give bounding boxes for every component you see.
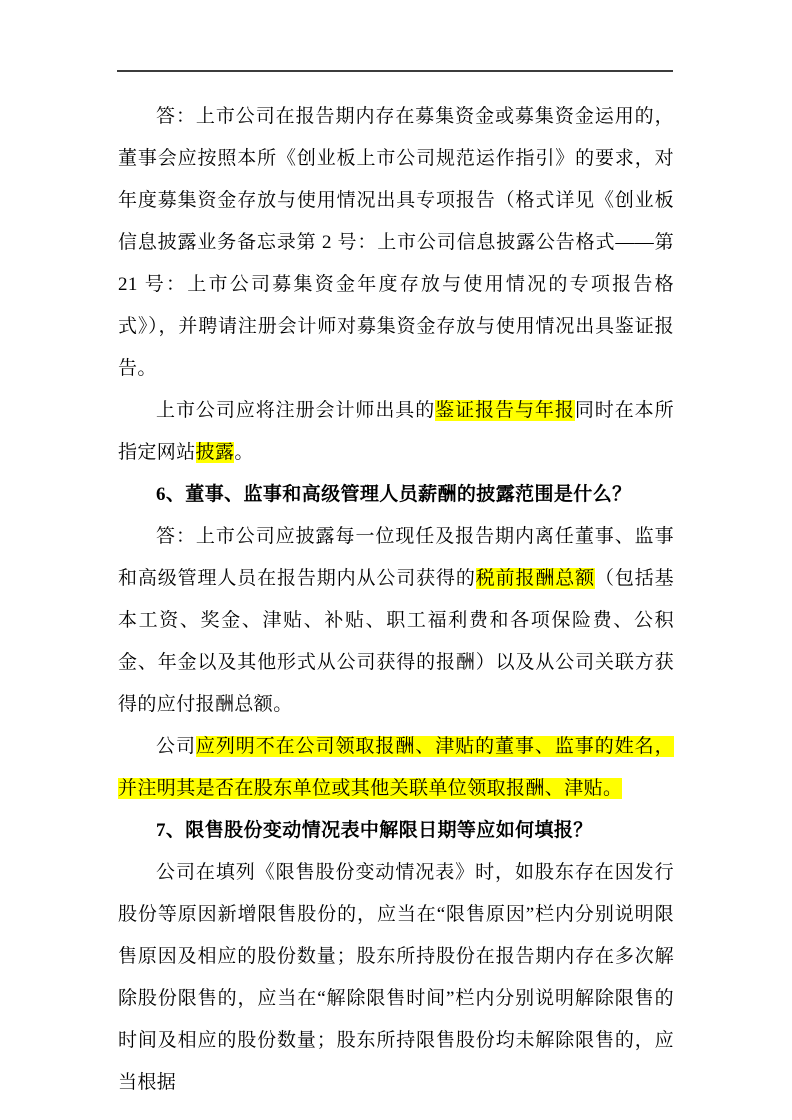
text-run: 7、限售股份变动情况表中解限日期等应如何填报？ [156,820,593,841]
text-run: 公司 [156,736,196,757]
paragraph: 上市公司应将注册会计师出具的鉴证报告与年报同时在本所指定网站披露。 [118,390,674,474]
paragraph: 公司应列明不在公司领取报酬、津贴的董事、监事的姓名，并注明其是否在股东单位或其他… [118,726,674,810]
document-content: 答：上市公司在报告期内存在募集资金或募集资金运用的，董事会应按照本所《创业板上市… [118,96,674,1104]
text-run: 6、董事、监事和高级管理人员薪酬的披露范围是什么？ [156,484,632,505]
document-page: 答：上市公司在报告期内存在募集资金或募集资金运用的，董事会应按照本所《创业板上市… [0,0,792,1120]
question-heading: 6、董事、监事和高级管理人员薪酬的披露范围是什么？ [118,474,674,516]
text-run: （包括基本工资、奖金、津贴、补贴、职工福利费和各项保险费、公积金、年金以及其他形… [118,568,674,715]
header-rule [117,70,673,72]
text-run: 。 [234,442,253,463]
question-heading: 7、限售股份变动情况表中解限日期等应如何填报？ [118,810,674,852]
text-run: 答：上市公司在报告期内存在募集资金或募集资金运用的，董事会应按照本所《创业板上市… [118,106,674,379]
text-run: 公司在填列《限售股份变动情况表》时，如股东存在因发行股份等原因新增限售股份的，应… [118,862,674,1093]
highlighted-text: 税前报酬总额 [476,568,595,589]
paragraph: 答：上市公司在报告期内存在募集资金或募集资金运用的，董事会应按照本所《创业板上市… [118,96,674,390]
highlighted-text: 披露 [196,442,235,463]
paragraph: 公司在填列《限售股份变动情况表》时，如股东存在因发行股份等原因新增限售股份的，应… [118,852,674,1104]
highlighted-text: 应列明不在公司领取报酬、津贴的董事、监事的姓名，并注明其是否在股东单位或其他关联… [118,736,674,799]
highlighted-text: 鉴证报告与年报 [435,400,575,421]
paragraph: 答：上市公司应披露每一位现任及报告期内离任董事、监事和高级管理人员在报告期内从公… [118,516,674,726]
text-run: 上市公司应将注册会计师出具的 [156,400,435,421]
